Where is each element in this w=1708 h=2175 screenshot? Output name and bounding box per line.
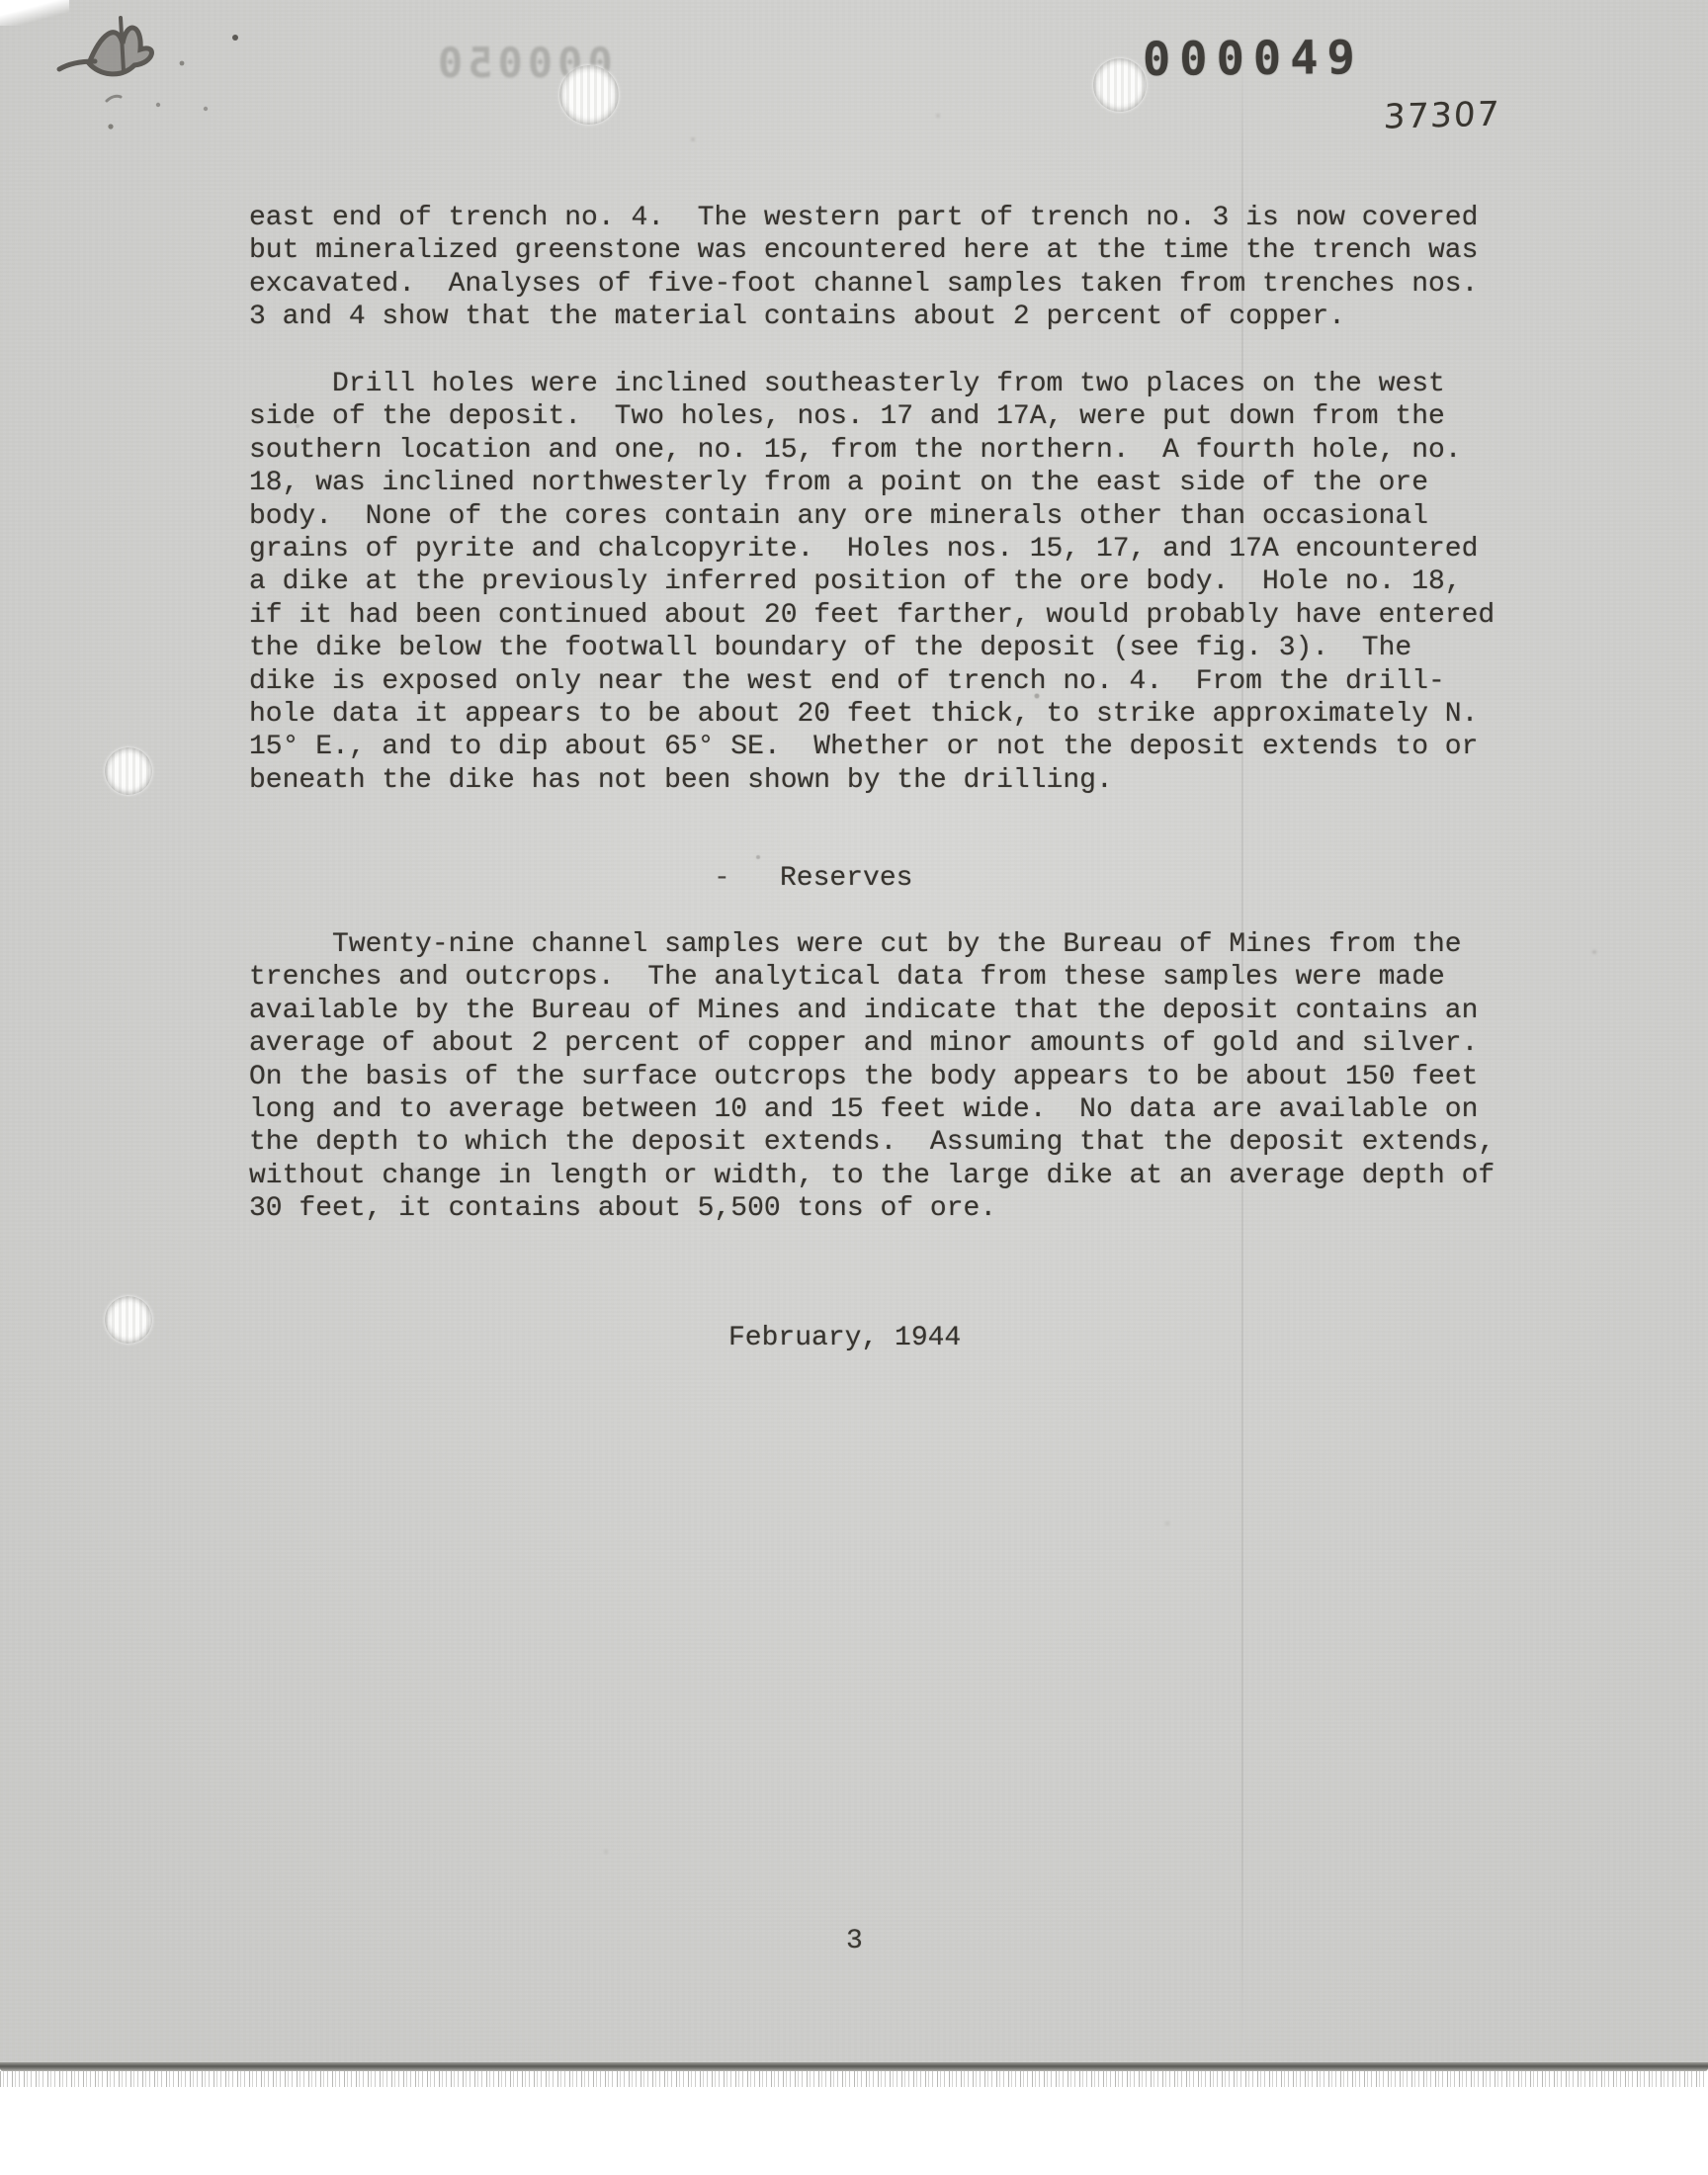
serial-number-stamp: 000049 bbox=[1143, 33, 1364, 86]
page-bottom-edge bbox=[0, 2062, 1708, 2071]
handwritten-file-number: 37307 bbox=[1383, 95, 1501, 135]
scanner-streak-artifacts bbox=[0, 2071, 1708, 2087]
paper-specks bbox=[0, 0, 2, 2]
pencil-scribble bbox=[51, 6, 308, 134]
paragraph-trench-samples: east end of trench no. 4. The western pa… bbox=[249, 202, 1514, 334]
section-heading-reserves: Reserves bbox=[780, 862, 912, 895]
punch-hole-top-left bbox=[559, 65, 619, 125]
page-number: 3 bbox=[846, 1925, 863, 1957]
document-page: 000050 000049 37307 east end of trench n… bbox=[0, 0, 1708, 2064]
paragraph-drill-holes: Drill holes were inclined southeasterly … bbox=[249, 368, 1514, 797]
punch-hole-left-middle bbox=[105, 747, 152, 795]
paragraph-reserves: Twenty-nine channel samples were cut by … bbox=[249, 928, 1514, 1226]
scan-fold-line bbox=[1241, 36, 1243, 2052]
punch-hole-top-right bbox=[1093, 58, 1147, 112]
date-line: February, 1944 bbox=[728, 1322, 961, 1354]
stray-dash-mark: - bbox=[714, 862, 730, 895]
punch-hole-left-lower bbox=[105, 1296, 152, 1344]
